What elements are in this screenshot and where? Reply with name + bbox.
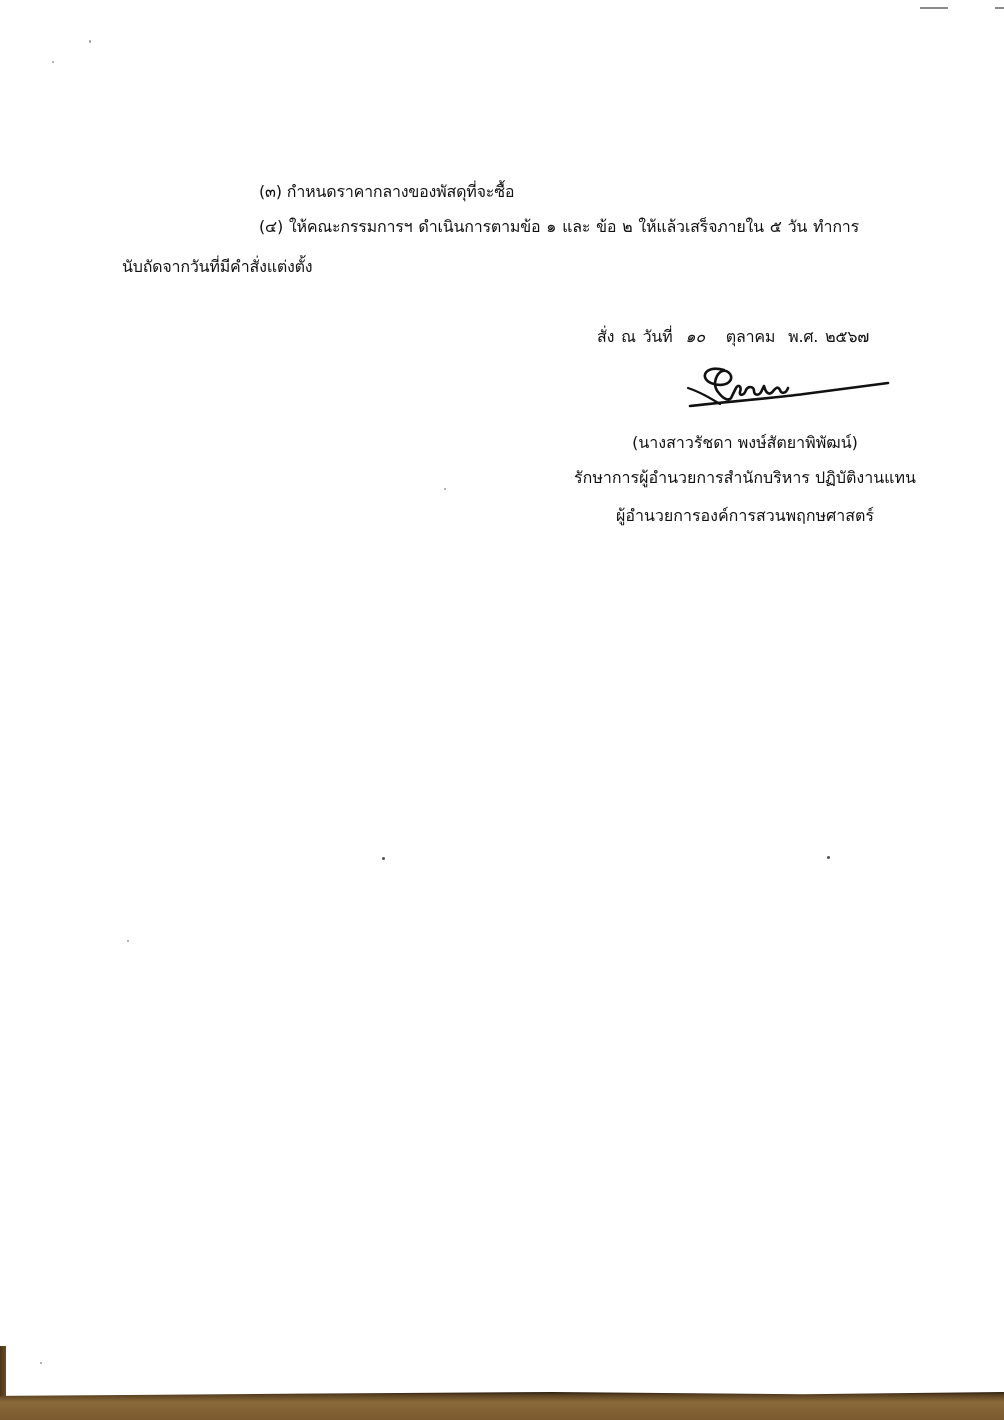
scan-speck: [40, 1362, 42, 1364]
scan-speck: [89, 40, 91, 43]
order-date-month: ตุลาคม: [726, 327, 775, 346]
scan-speck: [827, 856, 830, 859]
order-date-prefix: สั่ง ณ วันที่: [597, 327, 672, 346]
scan-mark: [995, 7, 1004, 9]
scanned-document-page: (๓) กำหนดราคากลางของพัสดุที่จะซื้อ (๔) ใ…: [0, 0, 1004, 1420]
clause-3: (๓) กำหนดราคากลางของพัสดุที่จะซื้อ: [259, 181, 514, 203]
clause-4-line-2: นับถัดจากวันที่มีคำสั่งแต่งตั้ง: [122, 256, 312, 278]
signatory-position-line-2: ผู้อำนวยการองค์การสวนพฤกษศาสตร์: [540, 505, 950, 527]
scan-speck: [382, 857, 385, 860]
signatory-name: (นางสาวรัชดา พงษ์สัตยาพิพัฒน์): [540, 432, 950, 454]
signatory-position-line-1: รักษาการผู้อำนวยการสำนักบริหาร ปฏิบัติงา…: [540, 467, 950, 489]
order-date: สั่ง ณ วันที่ ๑๐ ตุลาคม พ.ศ. ๒๕๖๗: [597, 326, 869, 348]
signature-icon: [684, 358, 894, 414]
order-date-year: พ.ศ. ๒๕๖๗: [788, 327, 869, 346]
scan-speck: [52, 61, 54, 63]
clause-4-line-1: (๔) ให้คณะกรรมการฯ ดำเนินการตามข้อ ๑ และ…: [259, 216, 859, 238]
order-date-day: ๑๐: [685, 327, 705, 346]
scan-speck: [127, 940, 129, 942]
scan-edge-bottom: [0, 1392, 1004, 1420]
scan-speck: [444, 488, 446, 490]
scan-mark: [920, 7, 948, 9]
